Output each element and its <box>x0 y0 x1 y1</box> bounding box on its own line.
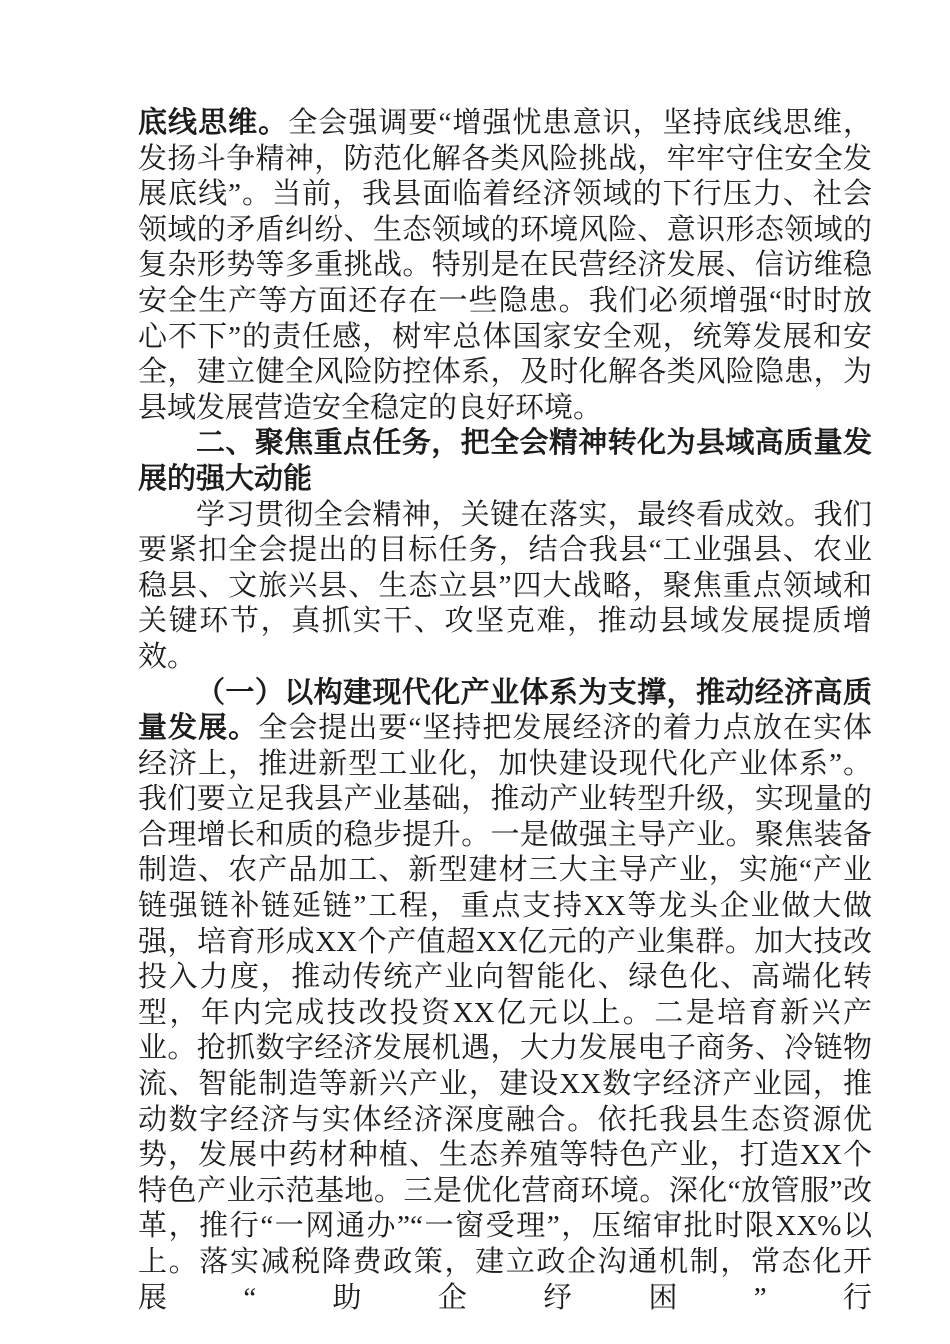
document-body: 底线思维。全会强调要“增强忧患意识，坚持底线思维，发扬斗争精神，防范化解各类风险… <box>138 106 872 1316</box>
paragraph-modern-industry-system: （一）以构建现代化产业体系为支撑，推动经济高质量发展。全会提出要“坚持把发展经济… <box>138 676 872 1317</box>
paragraph-bottom-line-thinking-continuation: 底线思维。全会强调要“增强忧患意识，坚持底线思维，发扬斗争精神，防范化解各类风险… <box>138 106 872 426</box>
text-run: 底线思维。 <box>138 107 288 139</box>
document-page: 底线思维。全会强调要“增强忧患意识，坚持底线思维，发扬斗争精神，防范化解各类风险… <box>0 0 950 1344</box>
section-heading-two: 二、聚焦重点任务，把全会精神转化为县域高质量发展的强大动能 <box>138 426 872 497</box>
text-run: 学习贯彻全会精神，关键在落实，最终看成效。我们要紧扣全会提出的目标任务，结合我县… <box>138 499 872 673</box>
text-run: 二、聚焦重点任务，把全会精神转化为县域高质量发展的强大动能 <box>138 427 872 495</box>
text-run: 全会强调要“增强忧患意识，坚持底线思维，发扬斗争精神，防范化解各类风险挑战，牢牢… <box>138 107 872 424</box>
text-run: 全会提出要“坚持把发展经济的着力点放在实体经济上，推进新型工业化，加快建设现代化… <box>138 712 872 1314</box>
paragraph-implementation-overview: 学习贯彻全会精神，关键在落实，最终看成效。我们要紧扣全会提出的目标任务，结合我县… <box>138 498 872 676</box>
